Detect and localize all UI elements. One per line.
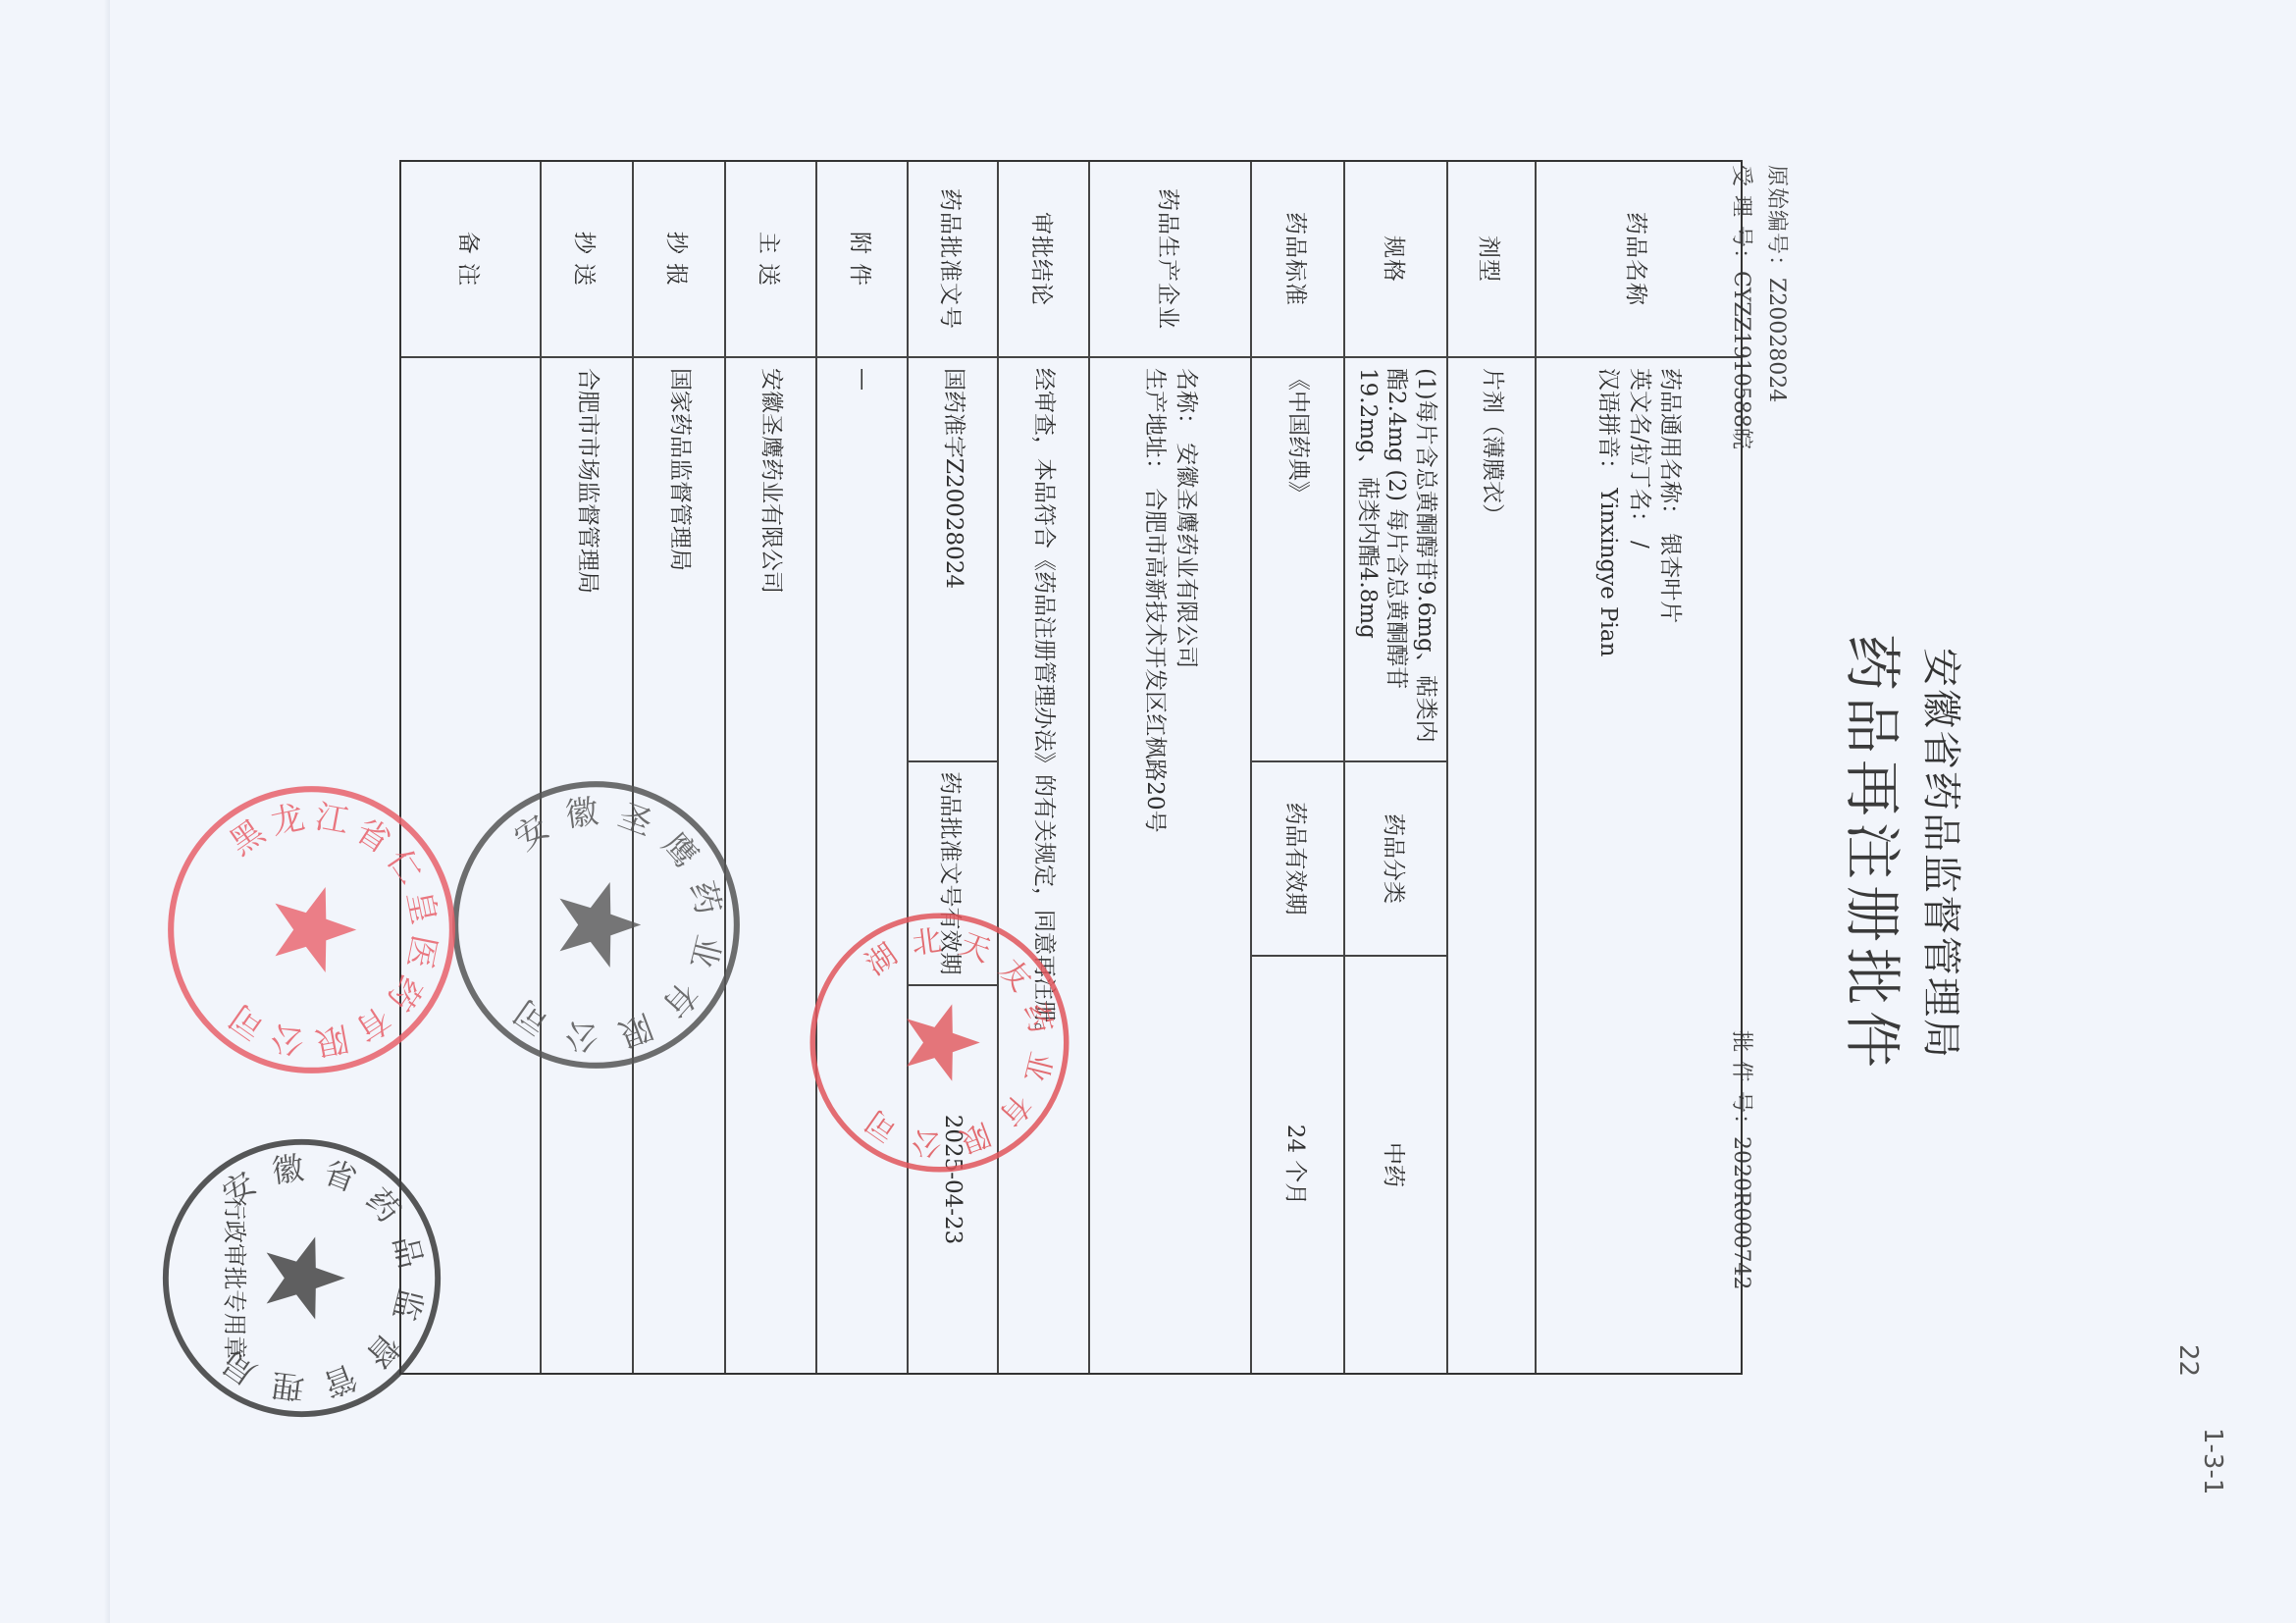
svg-text:业: 业 xyxy=(1018,1048,1058,1085)
value-attachment: — xyxy=(817,358,907,1373)
original-number-label: 原始编号： xyxy=(1764,165,1789,278)
svg-text:仁: 仁 xyxy=(380,842,430,891)
row-main-recipient: 主 送 安徽圣鹰药业有限公司 xyxy=(724,162,815,1373)
svg-text:安: 安 xyxy=(507,808,556,858)
row-specification: 规格 (1)每片含总黄酮醇苷9.6mg、萜类内酯2.4mg (2) 每片含总黄酮… xyxy=(1343,162,1446,1373)
label-specification: 规格 xyxy=(1345,162,1446,358)
original-number-value: Z20028024 xyxy=(1764,278,1789,402)
row-copy-to: 抄 送 合肥市市场监督管理局 xyxy=(540,162,632,1373)
svg-text:业: 业 xyxy=(683,931,728,972)
english-name: 英文名/拉丁名： / xyxy=(1623,368,1653,1363)
svg-text:司: 司 xyxy=(223,997,272,1047)
label-dosage-form: 剂型 xyxy=(1448,162,1535,358)
svg-text:医: 医 xyxy=(400,932,444,972)
svg-text:省: 省 xyxy=(319,1153,362,1199)
svg-text:龙: 龙 xyxy=(268,798,308,842)
document-title: 药品再注册批件 xyxy=(1836,412,1918,1295)
handwritten-note-2: 1-3-1 xyxy=(2198,1428,2227,1494)
value-specification: (1)每片含总黄酮醇苷9.6mg、萜类内酯2.4mg (2) 每片含总黄酮醇苷1… xyxy=(1345,358,1446,757)
label-main-recipient: 主 送 xyxy=(726,162,815,358)
row-report-to: 抄 报 国家药品监督管理局 xyxy=(632,162,724,1373)
generic-name: 药品通用名称： 银杏叶片 xyxy=(1654,368,1685,1363)
svg-text:限: 限 xyxy=(613,1007,657,1054)
label-drug-name: 药品名称 xyxy=(1537,162,1741,358)
svg-text:黑: 黑 xyxy=(223,812,272,863)
rotated-document-page: 安徽省药品监督管理局 药品再注册批件 原始编号：Z20028024 受 理 号：… xyxy=(0,0,2296,1623)
value-approval-number: 国药准字Z20028024 xyxy=(909,358,997,757)
value-dosage-form: 片剂（薄膜衣） xyxy=(1448,358,1535,1373)
row-attachment: 附 件 — xyxy=(815,162,907,1373)
svg-text:理: 理 xyxy=(270,1366,306,1407)
original-number: 原始编号：Z20028024 xyxy=(1763,165,1794,402)
svg-text:限: 限 xyxy=(955,1116,995,1158)
label-approval-number: 药品批准文号 xyxy=(909,162,997,358)
value-category: 中药 xyxy=(1345,957,1446,1373)
registration-table: 药品名称 药品通用名称： 银杏叶片 英文名/拉丁名： / 汉语拼音： Yinxi… xyxy=(399,160,1743,1375)
svg-text:有: 有 xyxy=(655,974,705,1024)
label-validity: 药品有效期 xyxy=(1252,760,1343,957)
svg-text:司: 司 xyxy=(860,1103,904,1148)
label-remarks: 备 注 xyxy=(401,162,540,358)
official-seal-anhui-mpa: 安徽省药品监督管理局行政审批专用章 xyxy=(157,1133,446,1423)
row-drug-name: 药品名称 药品通用名称： 银杏叶片 英文名/拉丁名： / 汉语拼音： Yinxi… xyxy=(1535,162,1741,1373)
value-manufacturer: 名称： 安徽圣鹰药业有限公司 生产地址： 合肥市高新技术开发区红枫路20号 xyxy=(1090,358,1250,1373)
svg-text:有: 有 xyxy=(992,1087,1037,1132)
company-seal-heilongjiang-renhuang: 黑龙江省仁皇医药有限公司 xyxy=(162,780,461,1079)
svg-text:限: 限 xyxy=(312,1019,351,1062)
svg-text:北: 北 xyxy=(910,923,943,962)
svg-text:药: 药 xyxy=(1018,1000,1058,1037)
value-conclusion: 经审查，本品符合《药品注册管理办法》的有关规定，同意再注册。 xyxy=(999,358,1088,1373)
svg-text:圣: 圣 xyxy=(613,796,657,843)
svg-text:江: 江 xyxy=(312,797,351,840)
svg-text:公: 公 xyxy=(268,1018,308,1062)
svg-text:药: 药 xyxy=(683,877,728,918)
svg-text:天: 天 xyxy=(955,927,995,969)
label-copy-to: 抄 送 xyxy=(542,162,632,358)
svg-text:徽: 徽 xyxy=(563,792,600,834)
value-validity: 24 个月 xyxy=(1252,957,1343,1373)
svg-text:省: 省 xyxy=(349,811,398,861)
svg-text:友: 友 xyxy=(992,953,1037,998)
row-conclusion: 审批结论 经审查，本品符合《药品注册管理办法》的有关规定，同意再注册。 xyxy=(997,162,1088,1373)
row-approval-number: 药品批准文号 国药准字Z20028024 药品批准文号有效期 2025-04-2… xyxy=(907,162,997,1373)
svg-text:公: 公 xyxy=(563,1016,600,1058)
value-drug-name: 药品通用名称： 银杏叶片 英文名/拉丁名： / 汉语拼音： Yinxingye … xyxy=(1537,358,1741,1373)
svg-text:司: 司 xyxy=(507,992,556,1042)
svg-text:管: 管 xyxy=(319,1357,362,1403)
company-seal-hubei-tianyou: 湖北天友药业有限公司 xyxy=(805,908,1074,1178)
svg-text:监: 监 xyxy=(386,1284,430,1325)
svg-text:品: 品 xyxy=(386,1232,430,1273)
label-conclusion: 审批结论 xyxy=(999,162,1088,358)
svg-text:公: 公 xyxy=(910,1124,943,1162)
svg-text:鹰: 鹰 xyxy=(655,825,705,875)
label-category: 药品分类 xyxy=(1345,760,1446,957)
value-standard: 《中国药典》 xyxy=(1252,358,1343,757)
svg-text:湖: 湖 xyxy=(860,937,904,982)
svg-text:皇: 皇 xyxy=(400,888,444,928)
issuing-agency: 安徽省药品监督管理局 xyxy=(1916,510,1972,1197)
manufacturer-address: 生产地址： 合肥市高新技术开发区红枫路20号 xyxy=(1139,368,1170,1363)
label-attachment: 附 件 xyxy=(817,162,907,358)
row-dosage-form: 剂型 片剂（薄膜衣） xyxy=(1446,162,1535,1373)
svg-text:徽: 徽 xyxy=(270,1149,306,1190)
pinyin-name: 汉语拼音： Yinxingye Pian xyxy=(1592,368,1623,1363)
company-seal-anhui-shengying: 安徽圣鹰药业有限公司 xyxy=(446,775,746,1074)
row-manufacturer: 药品生产企业 名称： 安徽圣鹰药业有限公司 生产地址： 合肥市高新技术开发区红枫… xyxy=(1088,162,1250,1373)
manufacturer-name: 名称： 安徽圣鹰药业有限公司 xyxy=(1171,368,1201,1363)
row-standard: 药品标准 《中国药典》 药品有效期 24 个月 xyxy=(1250,162,1343,1373)
label-report-to: 抄 报 xyxy=(634,162,724,358)
scan-edge xyxy=(104,0,110,1623)
svg-text:行政审批专用章: 行政审批专用章 xyxy=(221,1197,248,1359)
label-manufacturer: 药品生产企业 xyxy=(1090,162,1250,358)
label-standard: 药品标准 xyxy=(1252,162,1343,358)
svg-text:有: 有 xyxy=(349,999,397,1049)
handwritten-note-1: 22 xyxy=(2173,1344,2203,1377)
svg-text:药: 药 xyxy=(380,969,430,1018)
